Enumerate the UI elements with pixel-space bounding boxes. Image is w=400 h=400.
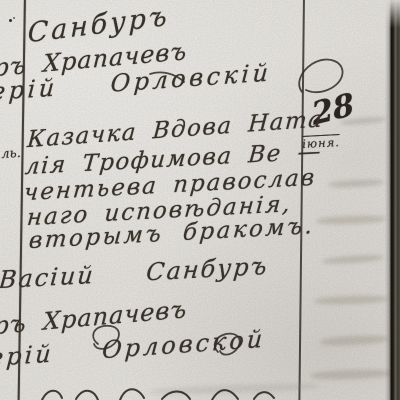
clipped-bottom-stroke bbox=[120, 389, 144, 400]
bleed-through-smudge bbox=[322, 254, 384, 265]
entry3-name-line-1: Васіий Санбуръ bbox=[0, 254, 270, 292]
column-rule-right bbox=[298, 0, 304, 400]
bleed-through-smudge bbox=[310, 369, 392, 381]
flourish-curl-after-orlovsky-top bbox=[299, 60, 342, 93]
bleed-through-smudge bbox=[316, 215, 386, 225]
page-edge-shadow bbox=[385, 0, 400, 400]
margin-fragment: ль. bbox=[1, 147, 21, 161]
ink-speck bbox=[9, 19, 12, 22]
bleed-through-smudge bbox=[320, 334, 388, 347]
scanned-register-page: Санбуръ ръ Храпачевъ ерій Орловскій 28 і… bbox=[0, 0, 400, 400]
clipped-bottom-stroke bbox=[254, 392, 274, 399]
bleed-through-smudge bbox=[314, 295, 388, 306]
bleed-through-smudge bbox=[328, 179, 384, 189]
ink-speck bbox=[13, 17, 15, 19]
clipped-bottom-stroke bbox=[42, 391, 62, 400]
clipped-bottom-stroke bbox=[76, 391, 98, 400]
bleed-through-smudge bbox=[150, 382, 320, 396]
